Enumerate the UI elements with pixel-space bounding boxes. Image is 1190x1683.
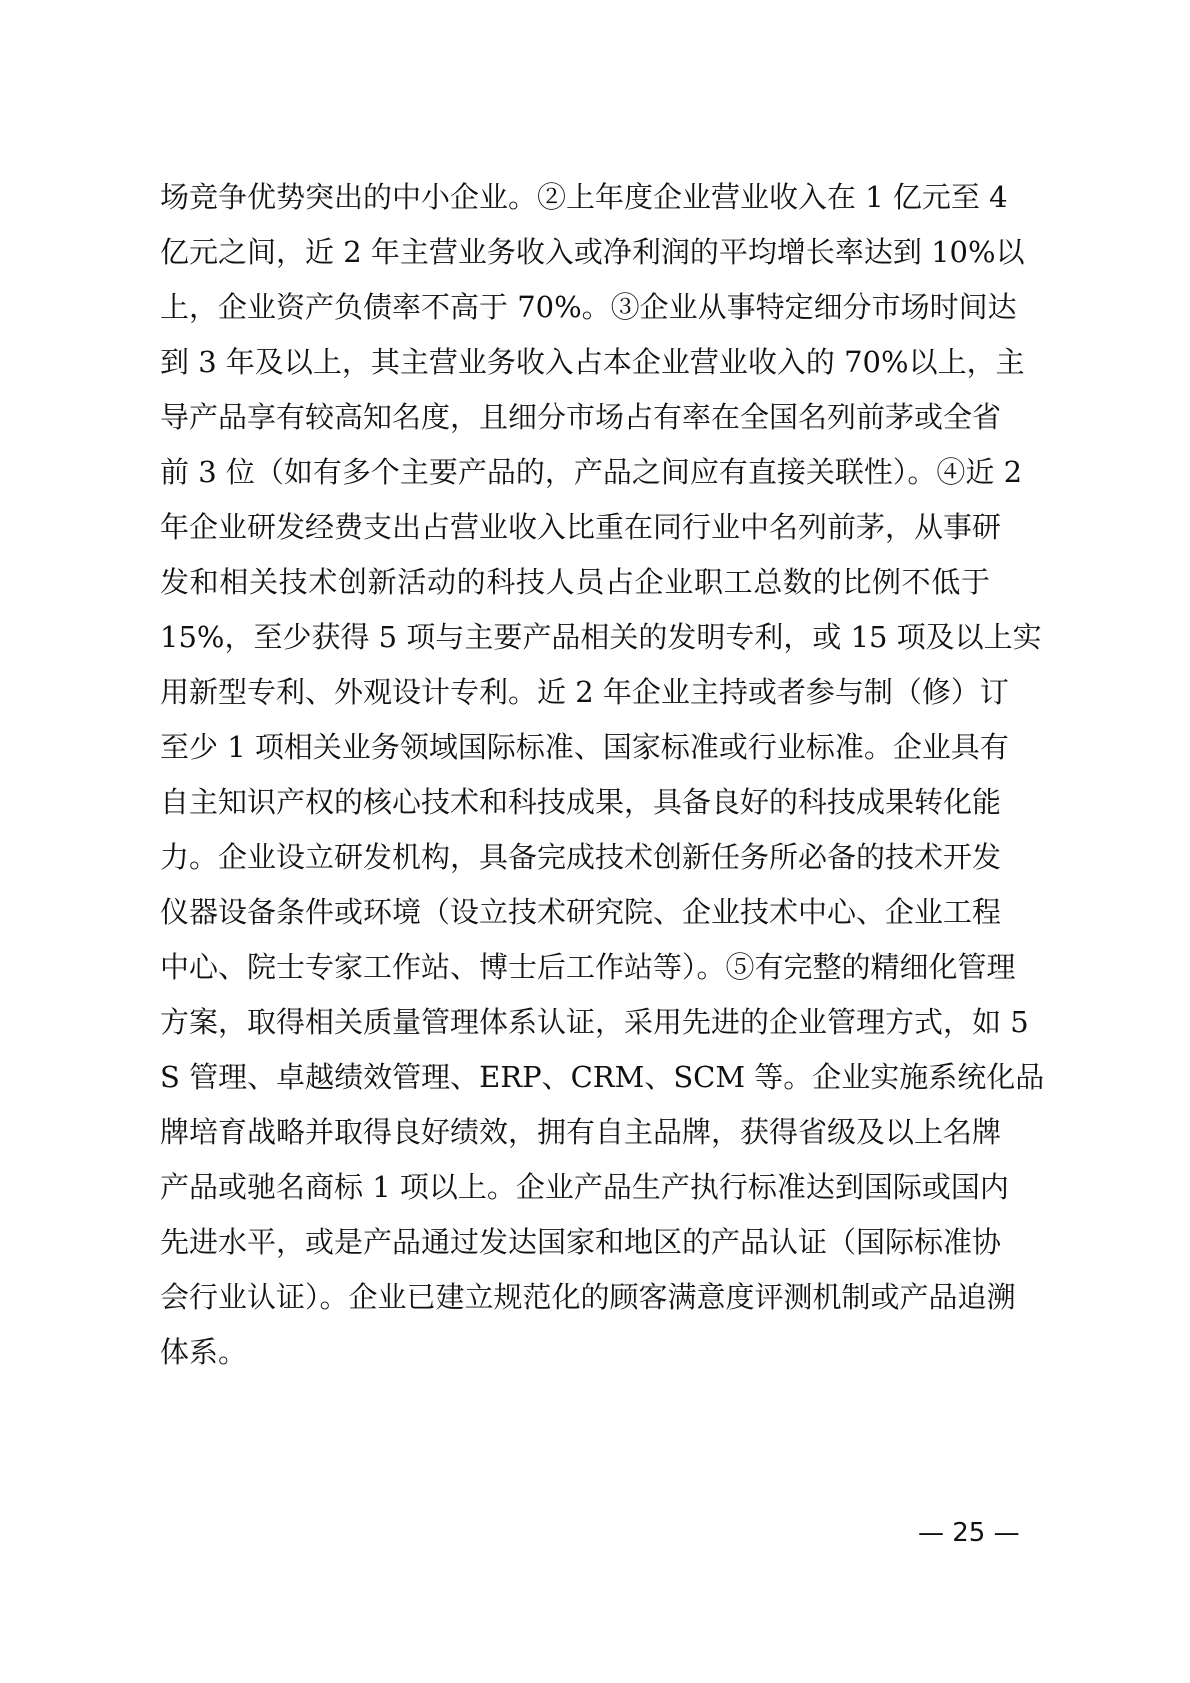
- text-line: 用新型专利、外观设计专利。近 2 年企业主持或者参与制（修）订: [160, 665, 990, 720]
- text-line: 发和相关技术创新活动的科技人员占企业职工总数的比例不低于: [160, 555, 990, 610]
- text-line: 方案，取得相关质量管理体系认证，采用先进的企业管理方式，如 5: [160, 995, 990, 1050]
- text-line: 到 3 年及以上，其主营业务收入占本企业营业收入的 70%以上，主: [160, 335, 990, 390]
- text-line: 会行业认证）。企业已建立规范化的顾客满意度评测机制或产品追溯: [160, 1270, 990, 1325]
- text-line: 先进水平，或是产品通过发达国家和地区的产品认证（国际标准协: [160, 1215, 990, 1270]
- text-line: 至少 1 项相关业务领域国际标准、国家标准或行业标准。企业具有: [160, 720, 990, 775]
- page-number: — 25 —: [918, 1518, 1020, 1548]
- text-line: 体系。: [160, 1325, 990, 1380]
- text-line: 前 3 位（如有多个主要产品的，产品之间应有直接关联性）。④近 2: [160, 445, 990, 500]
- text-line: 亿元之间，近 2 年主营业务收入或净利润的平均增长率达到 10%以: [160, 225, 990, 280]
- text-line: 牌培育战略并取得良好绩效，拥有自主品牌，获得省级及以上名牌: [160, 1105, 990, 1160]
- text-line: S 管理、卓越绩效管理、ERP、CRM、SCM 等。企业实施系统化品: [160, 1050, 990, 1105]
- text-line: 产品或驰名商标 1 项以上。企业产品生产执行标准达到国际或国内: [160, 1160, 990, 1215]
- text-line: 15%，至少获得 5 项与主要产品相关的发明专利，或 15 项及以上实: [160, 610, 990, 665]
- body-paragraph: 场竞争优势突出的中小企业。②上年度企业营业收入在 1 亿元至 4 亿元之间，近 …: [160, 170, 990, 1380]
- text-line: 中心、院士专家工作站、博士后工作站等）。⑤有完整的精细化管理: [160, 940, 990, 995]
- text-line: 仪器设备条件或环境（设立技术研究院、企业技术中心、企业工程: [160, 885, 990, 940]
- text-line: 场竞争优势突出的中小企业。②上年度企业营业收入在 1 亿元至 4: [160, 170, 990, 225]
- text-line: 导产品享有较高知名度，且细分市场占有率在全国名列前茅或全省: [160, 390, 990, 445]
- text-line: 年企业研发经费支出占营业收入比重在同行业中名列前茅，从事研: [160, 500, 990, 555]
- text-line: 力。企业设立研发机构，具备完成技术创新任务所必备的技术开发: [160, 830, 990, 885]
- document-page: 场竞争优势突出的中小企业。②上年度企业营业收入在 1 亿元至 4 亿元之间，近 …: [0, 0, 1190, 1683]
- text-line: 自主知识产权的核心技术和科技成果，具备良好的科技成果转化能: [160, 775, 990, 830]
- text-line: 上，企业资产负债率不高于 70%。③企业从事特定细分市场时间达: [160, 280, 990, 335]
